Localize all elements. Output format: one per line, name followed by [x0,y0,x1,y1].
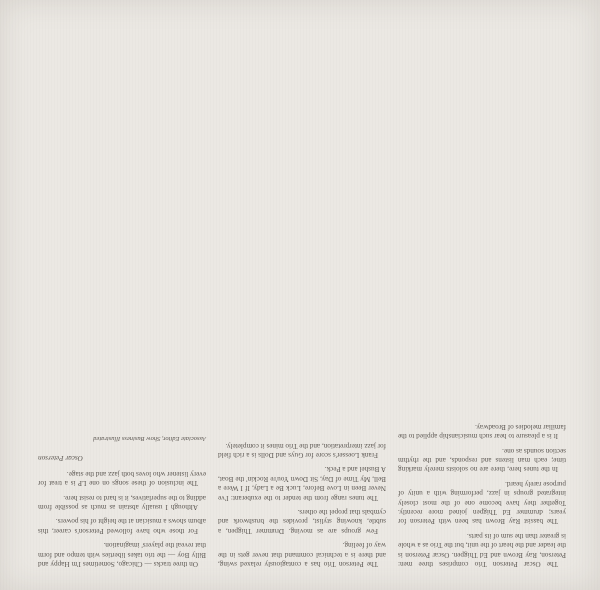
signature: Oscar Peterson [38,453,206,462]
paragraph: The bassist Ray Brown has been with Pete… [398,478,566,525]
paragraph: The inclusion of these songs on one LP i… [38,468,206,487]
liner-notes-column-2: The Peterson Trio has a contagiously rel… [218,435,386,568]
paragraph: Few groups are as moving. Drummer Thigpe… [218,507,386,535]
paragraph: On three tracks — Chicago, Sometimes I'm… [38,540,206,568]
paragraph: For those who have followed Peterson's c… [38,516,206,535]
liner-notes-column-3: On three tracks — Chicago, Sometimes I'm… [38,434,206,568]
album-back-cover: The Oscar Peterson Trio comprises three … [0,0,600,590]
paragraph: In the tunes here, there are no soloists… [398,445,566,473]
paragraph: Although I usually abstain as much as po… [38,492,206,511]
paragraph: The tunes range from the tender to the e… [218,464,386,502]
paragraph: Frank Loesser's score for Guys and Dolls… [218,440,386,459]
credits: Associate Editor, Show Business Illustra… [38,434,206,443]
liner-notes-column-1: The Oscar Peterson Trio comprises three … [398,416,566,568]
paragraph: The Oscar Peterson Trio comprises three … [398,530,566,568]
paragraph: It is a pleasure to hear such musiciansh… [398,421,566,440]
liner-notes-upside-down: The Oscar Peterson Trio comprises three … [0,0,600,590]
paragraph: The Peterson Trio has a contagiously rel… [218,540,386,568]
